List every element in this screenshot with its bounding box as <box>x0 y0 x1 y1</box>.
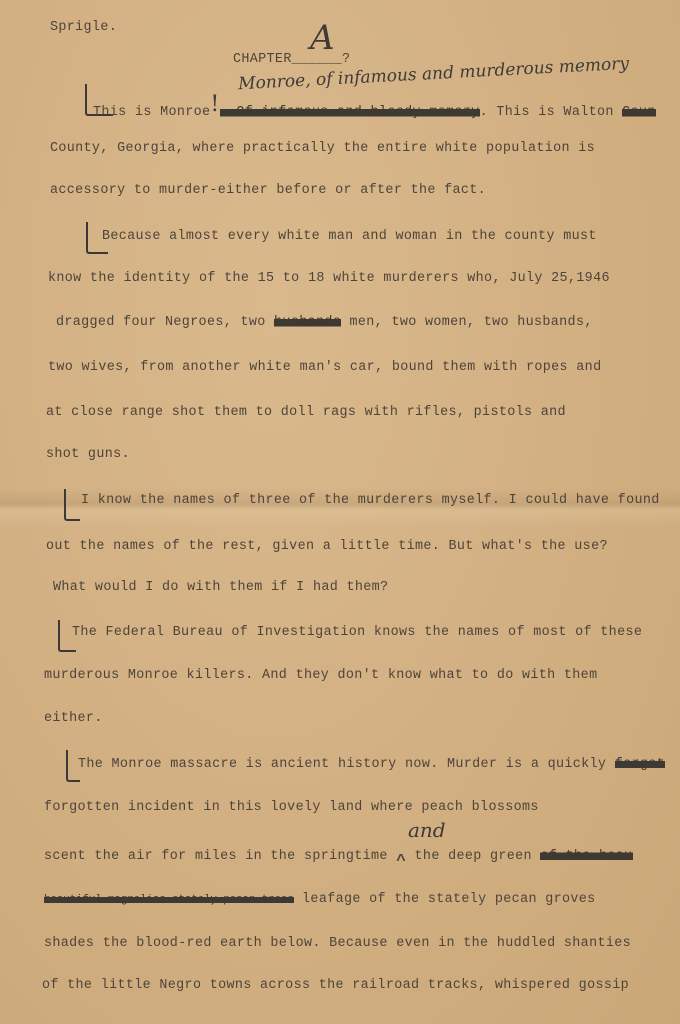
text-line: shot guns. <box>46 447 130 462</box>
paragraph-mark <box>64 489 80 521</box>
caret-insert-mark: ^ <box>396 852 406 870</box>
text-line: The Monroe massacre is ancient history n… <box>78 757 665 772</box>
text-segment: The Monroe massacre is ancient history n… <box>78 757 615 772</box>
handwritten-chapter-letter: A <box>310 18 335 58</box>
text-line: What would I do with them if I had them? <box>53 580 388 595</box>
text-line: forgotten incident in this lovely land w… <box>44 800 539 815</box>
text-line: murderous Monroe killers. And they don't… <box>44 668 597 683</box>
text-segment: leafage of the stately pecan groves <box>294 892 596 907</box>
text-line: Because almost every white man and woman… <box>102 229 597 244</box>
text-line: scent the air for miles in the springtim… <box>44 846 633 864</box>
text-line: at close range shot them to doll rags wi… <box>46 405 566 420</box>
text-segment: . This is Walton <box>480 105 614 120</box>
text-segment: scent the air for miles in the springtim… <box>44 849 396 864</box>
handwritten-insertion: and <box>408 818 446 842</box>
struck-text: forgot <box>615 757 665 772</box>
struck-text: of the beau <box>540 849 632 864</box>
author-header: Sprigle. <box>50 20 117 35</box>
text-line: beautiful magnolias stately pecan trees … <box>44 892 596 907</box>
text-segment: men, two women, two husbands, <box>341 315 593 330</box>
text-line: dragged four Negroes, two husbands men, … <box>56 315 593 330</box>
text-line: out the names of the rest, given a littl… <box>46 539 608 554</box>
struck-text: Coun <box>622 105 656 120</box>
struck-text: husbands <box>274 315 341 330</box>
struck-text: beautiful magnolias stately pecan trees <box>44 894 294 906</box>
text-line: either. <box>44 711 103 726</box>
text-segment: This is Monroe <box>93 105 210 120</box>
text-line: accessory to murder-either before or aft… <box>50 183 486 198</box>
text-line: This is Monroe!. Of infamous and bloody … <box>93 96 656 121</box>
struck-text: . Of infamous and bloody memory <box>220 105 480 120</box>
text-line: know the identity of the 15 to 18 white … <box>48 271 610 286</box>
text-line: The Federal Bureau of Investigation know… <box>72 625 642 640</box>
text-line: County, Georgia, where practically the e… <box>50 141 595 156</box>
text-line: shades the blood-red earth below. Becaus… <box>44 936 631 951</box>
exclamation-insert-mark: ! <box>210 92 219 117</box>
text-line: two wives, from another white man's car,… <box>48 360 601 375</box>
text-line: I know the names of three of the murdere… <box>81 493 660 508</box>
text-segment: dragged four Negroes, two <box>56 315 266 330</box>
text-line: of the little Negro towns across the rai… <box>42 978 629 993</box>
text-segment: the deep green <box>406 849 540 864</box>
